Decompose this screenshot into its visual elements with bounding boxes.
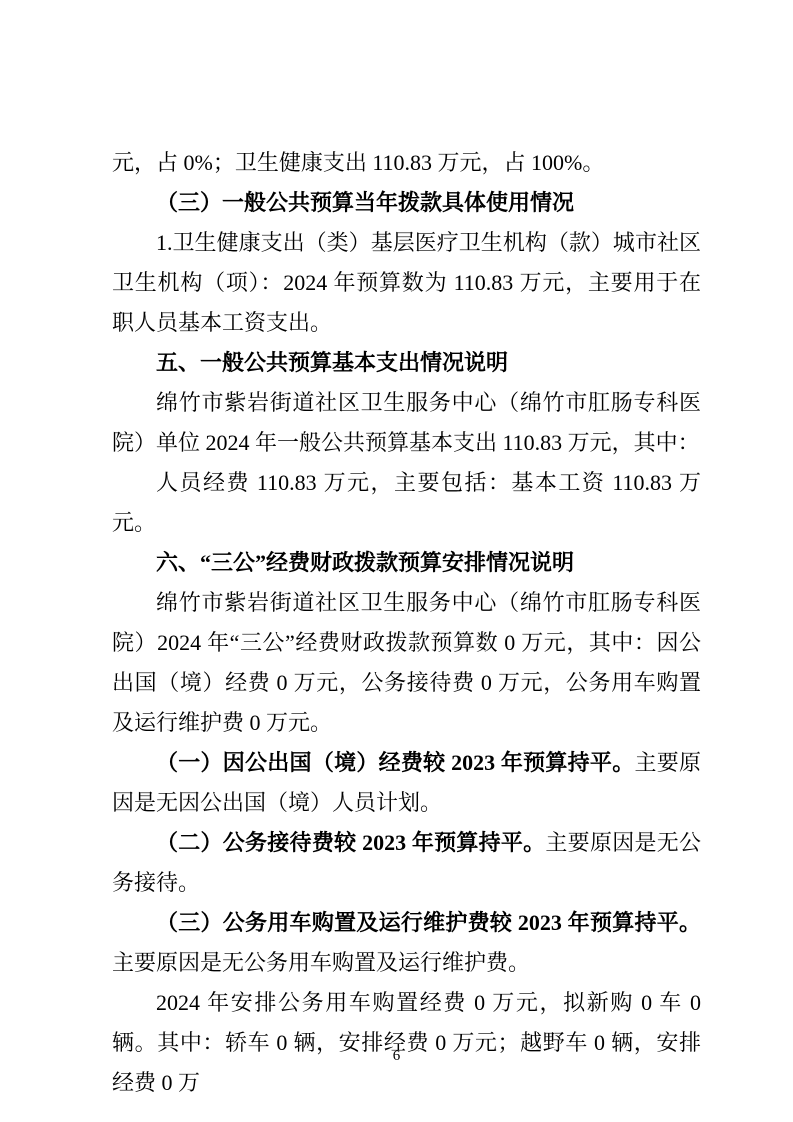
page-number: 6 (0, 1048, 793, 1064)
heading-section-6: 六、“三公”经费财政拨款预算安排情况说明 (112, 543, 701, 583)
document-page: 元，占 0%；卫生健康支出 110.83 万元，占 100%。 （三）一般公共预… (0, 0, 793, 1122)
paragraph-item-3-lead: （三）公务用车购置及运行维护费较 2023 年预算持平。 (156, 910, 701, 935)
heading-section-3-3: （三）一般公共预算当年拨款具体使用情况 (112, 183, 701, 223)
paragraph-personnel-funds: 人员经费 110.83 万元，主要包括：基本工资 110.83 万元。 (112, 463, 701, 543)
paragraph-item-3-rest: 主要原因是无公务用车购置及运行维护费。 (112, 950, 530, 975)
paragraph-health-expenditure-item: 1.卫生健康支出（类）基层医疗卫生机构（款）城市社区卫生机构（项）：2024 年… (112, 223, 701, 343)
paragraph-item-3-vehicle: （三）公务用车购置及运行维护费较 2023 年预算持平。主要原因是无公务用车购置… (112, 903, 701, 983)
paragraph-item-1-lead: （一）因公出国（境）经费较 2023 年预算持平。 (156, 750, 634, 775)
paragraph-item-2-lead: （二）公务接待费较 2023 年预算持平。 (156, 830, 545, 855)
paragraph-vehicle-purchase: 2024 年安排公务用车购置经费 0 万元，拟新购 0 车 0 辆。其中：轿车 … (112, 983, 701, 1103)
document-body: 元，占 0%；卫生健康支出 110.83 万元，占 100%。 （三）一般公共预… (112, 143, 701, 1103)
heading-section-5: 五、一般公共预算基本支出情况说明 (112, 343, 701, 383)
paragraph-fund-share-continuation: 元，占 0%；卫生健康支出 110.83 万元，占 100%。 (112, 143, 701, 183)
paragraph-sangong-budget: 绵竹市紫岩街道社区卫生服务中心（绵竹市肛肠专科医院）2024 年“三公”经费财政… (112, 583, 701, 743)
paragraph-item-2-reception: （二）公务接待费较 2023 年预算持平。主要原因是无公务接待。 (112, 823, 701, 903)
paragraph-item-1-abroad: （一）因公出国（境）经费较 2023 年预算持平。主要原因是无因公出国（境）人员… (112, 743, 701, 823)
paragraph-basic-expenditure: 绵竹市紫岩街道社区卫生服务中心（绵竹市肛肠专科医院）单位 2024 年一般公共预… (112, 383, 701, 463)
